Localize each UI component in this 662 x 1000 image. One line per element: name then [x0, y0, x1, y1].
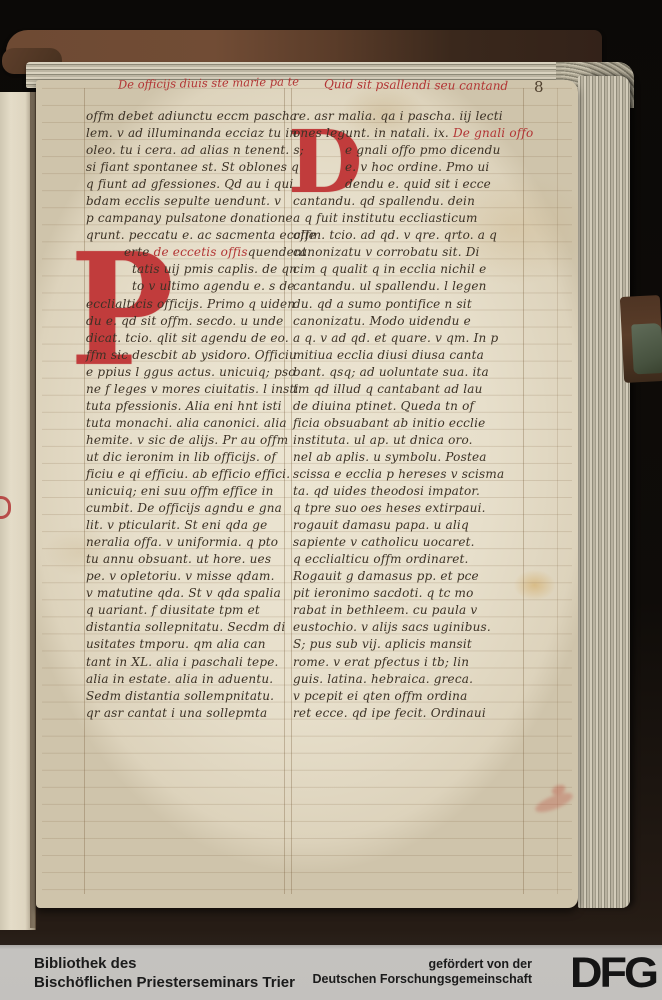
- manuscript-line: v matutine qda. St v qda spalia: [86, 585, 284, 602]
- manuscript-line: q fiunt ad gfessiones. Qd au i qui: [86, 176, 284, 193]
- manuscript-line: q uariant. f diusitate tpm et: [86, 602, 284, 619]
- manuscript-line: si fiant spontanee st. St oblones q: [86, 159, 284, 176]
- manuscript-line: tu annu obsuant. ut hore. ues: [86, 551, 284, 568]
- manuscript-line: v pcepit ei qten offm ordina: [293, 688, 523, 705]
- manuscript-line: tant in XL. alia i paschali tepe.: [86, 654, 284, 671]
- text-column-1: offm debet adiunctu eccm paschalem. v ad…: [86, 108, 284, 722]
- manuscript-line: lem. v ad illuminanda ecciaz tu in: [86, 125, 284, 142]
- manuscript-line: scissa e ecclia p hereses v scisma: [293, 466, 523, 483]
- manuscript-line: bdam ecclis sepulte uendunt. v: [86, 193, 284, 210]
- manuscript-line: a q fuit institutu eccliasticum: [293, 210, 523, 227]
- vertical-rule: [523, 88, 524, 894]
- funding-credit: gefördert von der Deutschen Forschungsge…: [313, 957, 533, 986]
- manuscript-line: mitiua ecclia diusi diusa canta: [293, 347, 523, 364]
- manuscript-line: dendu e. quid sit i ecce: [293, 176, 523, 193]
- manuscript-line: q tpre suo oes heses extirpaui.: [293, 500, 523, 517]
- manuscript-line: qrunt. peccatu e. ac sacmenta ecclie: [86, 227, 284, 244]
- manuscript-line: S; pus sub vij. aplicis mansit: [293, 636, 523, 653]
- manuscript-photo: De officijs diuis ste marie pa te Quid s…: [0, 0, 662, 1000]
- manuscript-line: q ecclialticu offm ordinaret.: [293, 551, 523, 568]
- manuscript-line: unicuiq; eni suu offm effice in: [86, 483, 284, 500]
- manuscript-line: ut dic ieronim in lib officijs. of: [86, 449, 284, 466]
- manuscript-line: rogauit damasu papa. u aliq: [293, 517, 523, 534]
- manuscript-line: canonizatu. Modo uidendu e: [293, 313, 523, 330]
- text-column-2: re. asr malia. qa i pascha. iij lectione…: [293, 108, 523, 722]
- manuscript-line: ones legunt. in natali. ix. De gnali off…: [293, 125, 523, 142]
- manuscript-line: cantandu. qd spallendu. dein: [293, 193, 523, 210]
- funding-line2: Deutschen Forschungsgemeinschaft: [313, 972, 533, 987]
- manuscript-line: cumbit. De officijs agndu e gna: [86, 500, 284, 517]
- manuscript-line: ne f leges v mores ciuitatis. l insti: [86, 381, 284, 398]
- manuscript-line: offm. tcio. ad qd. v qre. qrto. a q: [293, 227, 523, 244]
- manuscript-line: to v ultimo agendu e. s de: [86, 278, 284, 295]
- vertical-rule: [557, 88, 558, 894]
- manuscript-line: eustochio. v alijs sacs uginibus.: [293, 619, 523, 636]
- funding-line1: gefördert von der: [313, 957, 533, 972]
- manuscript-line: ret ecce. qd ipe fecit. Ordinaui: [293, 705, 523, 722]
- manuscript-line: du. qd a sumo pontifice n sit: [293, 296, 523, 313]
- manuscript-line: tuta pfessionis. Alia eni hnt isti: [86, 398, 284, 415]
- manuscript-line: e ppius l ggus actus. unicuiq; pso: [86, 364, 284, 381]
- library-line2: Bischöflichen Priesterseminars Trier: [34, 973, 295, 992]
- manuscript-line: oleo. tu i cera. ad alias n tenent. s;: [86, 142, 284, 159]
- manuscript-line: instituta. ul ap. ut dnica oro.: [293, 432, 523, 449]
- manuscript-line: erte de eccetis offisquendent.: [86, 244, 284, 261]
- footer-bar: Bibliothek des Bischöflichen Priestersem…: [0, 945, 662, 1000]
- manuscript-line: pe. v opletoriu. v misse qdam.: [86, 568, 284, 585]
- manuscript-line: Sedm distantia sollempnitatu.: [86, 688, 284, 705]
- dfg-logo: DFG: [570, 948, 656, 997]
- manuscript-line: re. asr malia. qa i pascha. iij lecti: [293, 108, 523, 125]
- manuscript-line: neralia offa. v uniformia. q pto: [86, 534, 284, 551]
- manuscript-line: ficiu e qi efficiu. ab efficio effici.: [86, 466, 284, 483]
- manuscript-line: sapiente v catholicu uocaret.: [293, 534, 523, 551]
- manuscript-line: ficia obsuabant ab initio ecclie: [293, 415, 523, 432]
- manuscript-line: dicat. tcio. qlit sit agendu de eo.: [86, 330, 284, 347]
- manuscript-line: ffm sic descbit ab ysidoro. Officiu: [86, 347, 284, 364]
- manuscript-line: bant. qsq; ad uoluntate sua. ita: [293, 364, 523, 381]
- book-clasp: [620, 295, 662, 383]
- manuscript-line: guis. latina. hebraica. greca.: [293, 671, 523, 688]
- manuscript-line: canonizatu v corrobatu sit. Di: [293, 244, 523, 261]
- rubric-header-right: Quid sit psallendi seu cantand: [324, 77, 508, 93]
- manuscript-line: tatis uij pmis caplis. de qn: [86, 261, 284, 278]
- manuscript-line: p campanay pulsatone donatione: [86, 210, 284, 227]
- manuscript-line: ecclialticis officijs. Primo q uiden: [86, 296, 284, 313]
- manuscript-line: alia in estate. alia in aduentu.: [86, 671, 284, 688]
- vertical-rule: [284, 88, 285, 894]
- page-number: 8: [534, 78, 544, 96]
- manuscript-line: rome. v erat pfectus i tb; lin: [293, 654, 523, 671]
- manuscript-line: usitates tmporu. qm alia can: [86, 636, 284, 653]
- manuscript-line: rabat in bethleem. cu paula v: [293, 602, 523, 619]
- manuscript-line: du e. qd sit offm. secdo. u unde: [86, 313, 284, 330]
- fore-edge-pages: [578, 76, 630, 908]
- manuscript-line: distantia sollepnitatu. Secdm di: [86, 619, 284, 636]
- vertical-rule: [84, 88, 85, 894]
- manuscript-line: Rogauit g damasus pp. et pce: [293, 568, 523, 585]
- manuscript-line: cantandu. ul spallendu. l legen: [293, 278, 523, 295]
- manuscript-line: de diuina ptinet. Queda tn of: [293, 398, 523, 415]
- manuscript-line: e. v hoc ordine. Pmo ui: [293, 159, 523, 176]
- manuscript-line: qr asr cantat i una sollepmta: [86, 705, 284, 722]
- manuscript-line: tm qd illud q cantabant ad lau: [293, 381, 523, 398]
- manuscript-line: offm debet adiunctu eccm pascha: [86, 108, 284, 125]
- manuscript-line: lit. v pticularit. St eni qda ge: [86, 517, 284, 534]
- manuscript-line: tuta monachi. alia canonici. alia: [86, 415, 284, 432]
- manuscript-line: ta. qd uides theodosi impator.: [293, 483, 523, 500]
- manuscript-line: a q. v ad qd. et quare. v qm. In p: [293, 330, 523, 347]
- manuscript-line: hemite. v sic de alijs. Pr au offm: [86, 432, 284, 449]
- manuscript-line: nel ab aplis. u symbolu. Postea: [293, 449, 523, 466]
- manuscript-line: pit ieronimo sacdoti. q tc mo: [293, 585, 523, 602]
- library-line1: Bibliothek des: [34, 954, 295, 973]
- library-name: Bibliothek des Bischöflichen Priestersem…: [34, 954, 295, 992]
- manuscript-line: e gnali offo pmo dicendu: [293, 142, 523, 159]
- manuscript-line: cim q qualit q in ecclia nichil e: [293, 261, 523, 278]
